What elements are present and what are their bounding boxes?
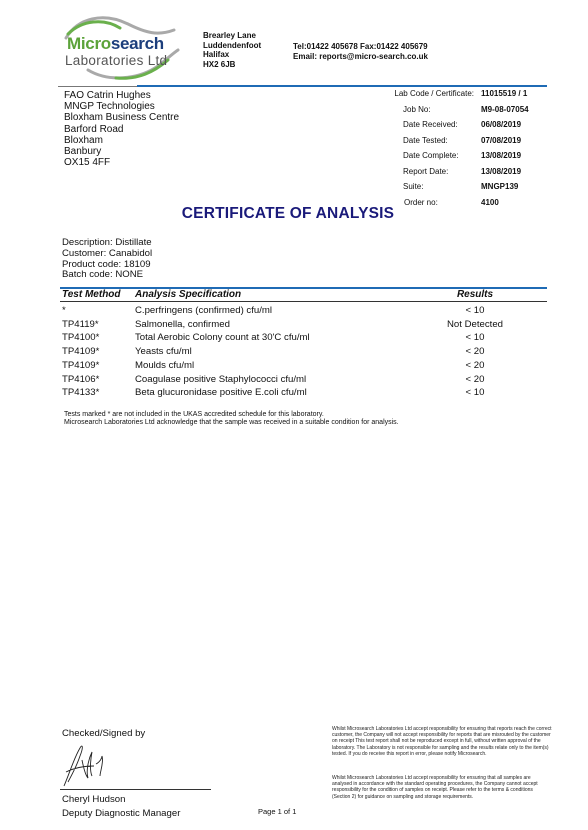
lab-contact: Tel:01422 405678 Fax:01422 405679 Email:…	[293, 42, 428, 61]
header-divider-left	[58, 86, 137, 87]
recipient-line: OX15 4FF	[64, 157, 179, 168]
document-title: CERTIFICATE OF ANALYSIS	[0, 205, 588, 223]
table-row: TP4100*Total Aerobic Colony count at 30'…	[60, 332, 547, 346]
test-method-cell: *	[62, 305, 66, 316]
header-results: Results	[430, 289, 520, 300]
test-method-cell: TP4133*	[62, 387, 99, 398]
result-cell: < 20	[430, 360, 520, 371]
result-cell: Not Detected	[430, 319, 520, 330]
signed-by-label: Checked/Signed by	[62, 728, 145, 739]
notes: Tests marked * are not included in the U…	[64, 411, 399, 427]
test-method-cell: TP4109*	[62, 360, 99, 371]
detail-date-tested: Date Tested: 07/08/2019	[350, 136, 560, 148]
note-ukas: Tests marked * are not included in the U…	[64, 411, 399, 419]
address-line: Brearley Lane	[203, 31, 261, 41]
company-logo: Microsearch Laboratories Ltd	[58, 14, 183, 82]
test-method-cell: TP4109*	[62, 346, 99, 357]
table-header: Test Method Analysis Specification Resul…	[60, 289, 547, 301]
result-cell: < 10	[430, 305, 520, 316]
analysis-spec-cell: Moulds cfu/ml	[135, 360, 194, 371]
logo-wordmark: Microsearch	[67, 34, 164, 54]
analysis-spec-cell: Total Aerobic Colony count at 30'C cfu/m…	[135, 332, 310, 343]
disclaimer-reports: Whilst Microsearch Laboratories Ltd acce…	[332, 726, 552, 757]
recipient-address: FAO Catrin Hughes MNGP Technologies Blox…	[64, 90, 179, 168]
analysis-spec-cell: C.perfringens (confirmed) cfu/ml	[135, 305, 272, 316]
email: Email: reports@micro-search.co.uk	[293, 52, 428, 62]
test-method-cell: TP4100*	[62, 332, 99, 343]
detail-lab-code: Lab Code / Certificate: 11015519 / 1	[350, 89, 560, 101]
address-line: HX2 6JB	[203, 60, 261, 70]
result-cell: < 20	[430, 374, 520, 385]
page-indicator: Page 1 of 1	[258, 807, 296, 816]
sample-info: Description: Distillate Customer: Canabi…	[62, 238, 152, 281]
recipient-line: Bloxham Business Centre	[64, 112, 179, 123]
detail-job-no: Job No: M9-08-07054	[350, 105, 560, 117]
detail-date-complete: Date Complete: 13/08/2019	[350, 151, 560, 163]
phone-fax: Tel:01422 405678 Fax:01422 405679	[293, 42, 428, 52]
lab-address: Brearley Lane Luddendenfoot Halifax HX2 …	[203, 31, 261, 69]
disclaimer-samples: Whilst Microsearch Laboratories Ltd acce…	[332, 775, 552, 800]
analysis-spec-cell: Yeasts cfu/ml	[135, 346, 192, 357]
recipient-line: Banbury	[64, 146, 179, 157]
detail-suite: Suite: MNGP139	[350, 182, 560, 194]
signer: Cheryl Hudson Deputy Diagnostic Manager	[62, 793, 180, 821]
address-line: Halifax	[203, 50, 261, 60]
result-cell: < 10	[430, 387, 520, 398]
test-method-cell: TP4106*	[62, 374, 99, 385]
table-row: TP4109*Moulds cfu/ml< 20	[60, 360, 547, 374]
result-cell: < 10	[430, 332, 520, 343]
sample-batch-code: Batch code: NONE	[62, 270, 152, 281]
table-row: TP4109*Yeasts cfu/ml< 20	[60, 346, 547, 360]
signer-name: Cheryl Hudson	[62, 793, 180, 807]
signer-role: Deputy Diagnostic Manager	[62, 807, 180, 821]
address-line: Luddendenfoot	[203, 41, 261, 51]
table-header-rule	[60, 301, 547, 302]
table-row: TP4119*Salmonella, confirmedNot Detected	[60, 319, 547, 333]
signature-line	[60, 789, 211, 790]
recipient-line: Barford Road	[64, 124, 179, 135]
analysis-spec-cell: Coagulase positive Staphylococci cfu/ml	[135, 374, 306, 385]
header-analysis-spec: Analysis Specification	[135, 289, 241, 300]
detail-date-received: Date Received: 06/08/2019	[350, 120, 560, 132]
detail-report-date: Report Date: 13/08/2019	[350, 167, 560, 179]
table-row: *C.perfringens (confirmed) cfu/ml< 10	[60, 305, 547, 319]
table-row: TP4133*Beta glucuronidase positive E.col…	[60, 387, 547, 401]
recipient-line: MNGP Technologies	[64, 101, 179, 112]
sample-customer: Customer: Canabidol	[62, 249, 152, 260]
signature-icon	[60, 742, 120, 793]
note-sample-condition: Microsearch Laboratories Ltd acknowledge…	[64, 419, 399, 427]
recipient-line: FAO Catrin Hughes	[64, 90, 179, 101]
analysis-spec-cell: Beta glucuronidase positive E.coli cfu/m…	[135, 387, 307, 398]
recipient-line: Bloxham	[64, 135, 179, 146]
result-cell: < 20	[430, 346, 520, 357]
logo-subtitle: Laboratories Ltd	[65, 53, 167, 68]
table-row: TP4106*Coagulase positive Staphylococci …	[60, 374, 547, 388]
analysis-spec-cell: Salmonella, confirmed	[135, 319, 230, 330]
test-method-cell: TP4119*	[62, 319, 99, 330]
header-divider	[137, 85, 547, 87]
header-test-method: Test Method	[62, 289, 121, 300]
